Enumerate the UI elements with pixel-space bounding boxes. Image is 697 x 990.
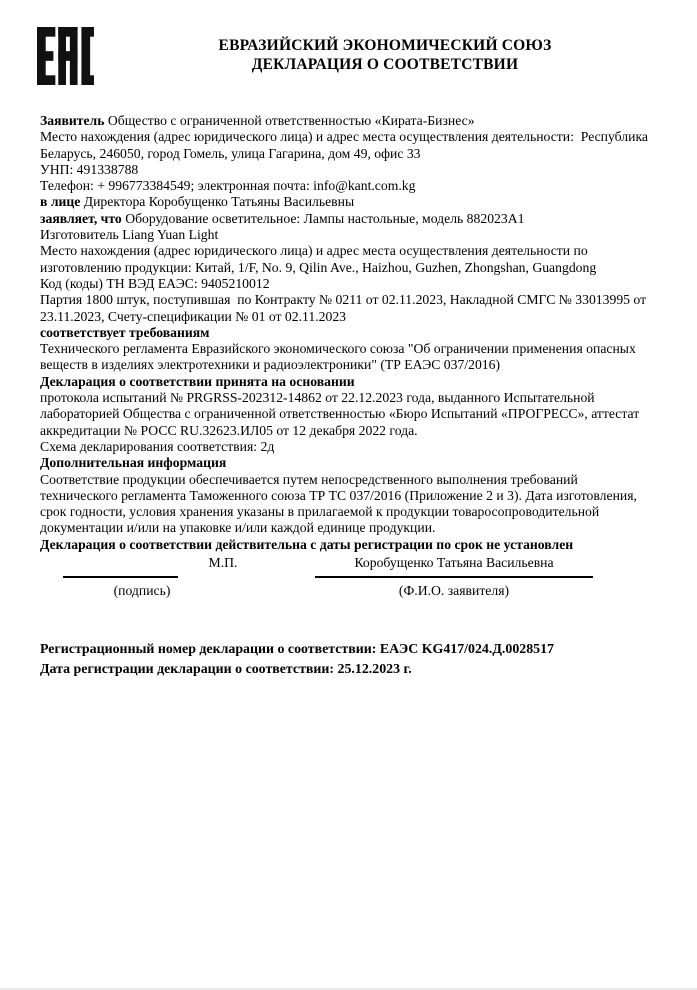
document-header: ЕВРАЗИЙСКИЙ ЭКОНОМИЧЕСКИЙ СОЮЗ ДЕКЛАРАЦИ…	[100, 37, 670, 74]
paragraph-bold-lead: в лице	[40, 194, 80, 209]
declaration-paragraph: Соответствие продукции обеспечивается пу…	[40, 472, 658, 537]
declaration-paragraph: Схема декларирования соответствия: 2д	[40, 439, 658, 455]
paragraph-text: Место нахождения (адрес юридического лиц…	[40, 243, 596, 274]
registration-number-line: Регистрационный номер декларации о соотв…	[40, 640, 660, 660]
signature-caption: (подпись)	[82, 583, 202, 599]
declaration-paragraph: Дополнительная информация	[40, 455, 658, 471]
declaration-paragraph: Место нахождения (адрес юридического лиц…	[40, 243, 658, 276]
declaration-paragraph: Изготовитель Liang Yuan Light	[40, 227, 658, 243]
declaration-paragraph: Телефон: + 996773384549; электронная поч…	[40, 178, 658, 194]
declaration-paragraph: Код (коды) ТН ВЭД ЕАЭС: 9405210012	[40, 276, 658, 292]
paragraph-bold-lead: заявляет, что	[40, 211, 122, 226]
declaration-paragraph: Заявитель Общество с ограниченной ответс…	[40, 113, 658, 129]
signature-line	[63, 576, 178, 578]
paragraph-text: Партия 1800 штук, поступившая по Контрак…	[40, 292, 650, 323]
stamp-mark: М.П.	[196, 555, 250, 571]
paragraph-bold-lead: Заявитель	[40, 113, 104, 128]
eac-logo-icon	[37, 27, 94, 85]
declaration-paragraph: Декларация о соответствии принята на осн…	[40, 374, 658, 390]
declaration-paragraph: Место нахождения (адрес юридического лиц…	[40, 129, 658, 162]
declarant-name: Коробущенко Татьяна Васильевна	[315, 555, 593, 571]
union-name-title: ЕВРАЗИЙСКИЙ ЭКОНОМИЧЕСКИЙ СОЮЗ	[100, 37, 670, 56]
declaration-paragraph: соответствует требованиям	[40, 325, 658, 341]
declarant-name-line	[315, 576, 593, 578]
registration-block: Регистрационный номер декларации о соотв…	[40, 640, 660, 680]
paragraph-bold-lead: Декларация о соответствии принята на осн…	[40, 374, 355, 389]
paragraph-text: Схема декларирования соответствия: 2д	[40, 439, 274, 454]
paragraph-text: Телефон: + 996773384549; электронная поч…	[40, 178, 415, 193]
paragraph-text: Код (коды) ТН ВЭД ЕАЭС: 9405210012	[40, 276, 270, 291]
paragraph-text: Технического регламента Евразийского эко…	[40, 341, 639, 372]
declaration-body: Заявитель Общество с ограниченной ответс…	[40, 113, 658, 553]
paragraph-text: Оборудование осветительное: Лампы настол…	[122, 211, 525, 226]
paragraph-bold-lead: соответствует требованиям	[40, 325, 210, 340]
declaration-document: ЕВРАЗИЙСКИЙ ЭКОНОМИЧЕСКИЙ СОЮЗ ДЕКЛАРАЦИ…	[0, 0, 697, 990]
paragraph-text: Директора Коробущенко Татьяны Васильевны	[80, 194, 354, 209]
registration-date-line: Дата регистрации декларации о соответств…	[40, 660, 660, 680]
declarant-caption: (Ф.И.О. заявителя)	[315, 583, 593, 599]
document-type-title: ДЕКЛАРАЦИЯ О СООТВЕТСТВИИ	[100, 56, 670, 75]
paragraph-text: Изготовитель Liang Yuan Light	[40, 227, 218, 242]
declaration-paragraph: в лице Директора Коробущенко Татьяны Вас…	[40, 194, 658, 210]
signature-block: М.П. Коробущенко Татьяна Васильевна (под…	[0, 549, 697, 609]
paragraph-text: Общество с ограниченной ответственностью…	[104, 113, 474, 128]
declaration-paragraph: Технического регламента Евразийского эко…	[40, 341, 658, 374]
paragraph-text: Место нахождения (адрес юридического лиц…	[40, 129, 651, 160]
declaration-paragraph: Партия 1800 штук, поступившая по Контрак…	[40, 292, 658, 325]
declaration-paragraph: протокола испытаний № PRGRSS-202312-1486…	[40, 390, 658, 439]
paragraph-text: УНП: 491338788	[40, 162, 138, 177]
paragraph-bold-lead: Дополнительная информация	[40, 455, 226, 470]
eac-logo	[37, 27, 94, 85]
declaration-paragraph: УНП: 491338788	[40, 162, 658, 178]
paragraph-text: Соответствие продукции обеспечивается пу…	[40, 472, 640, 536]
declaration-paragraph: заявляет, что Оборудование осветительное…	[40, 211, 658, 227]
paragraph-text: протокола испытаний № PRGRSS-202312-1486…	[40, 390, 643, 438]
